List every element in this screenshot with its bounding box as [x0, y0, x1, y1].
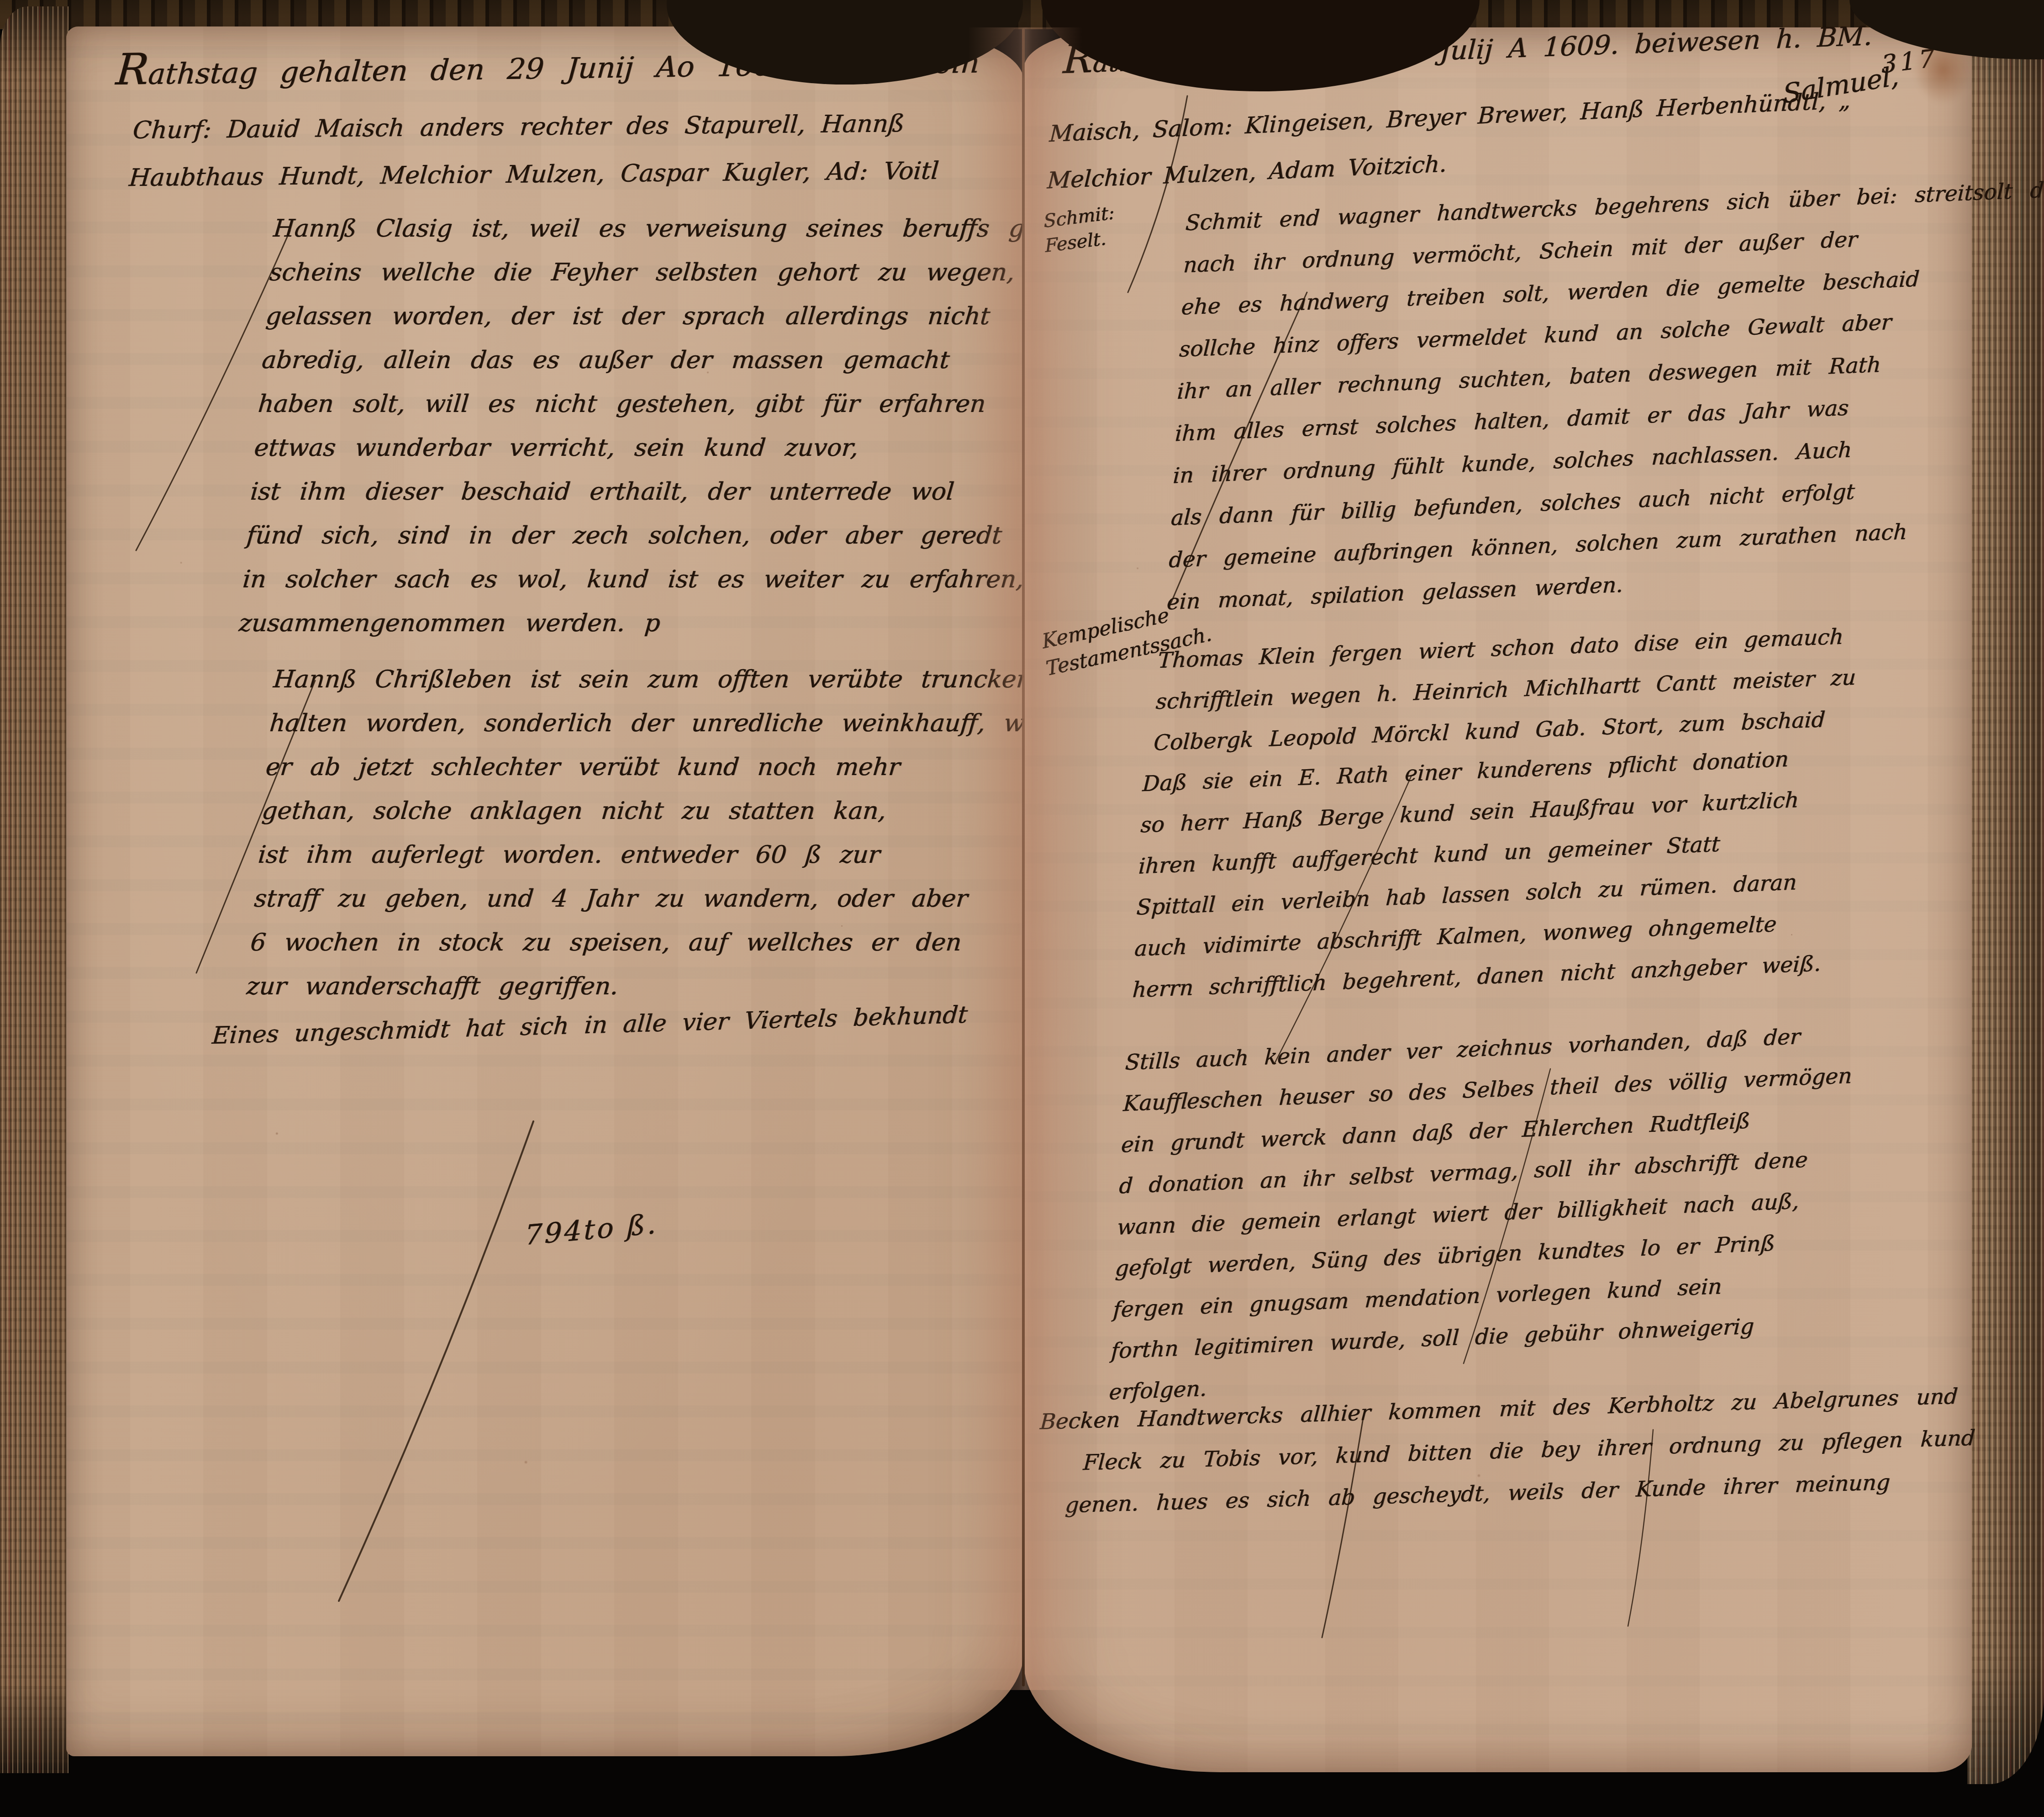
manuscript-line: scheins wellche die Feyher selbsten geho… — [268, 251, 1104, 295]
manuscript-line: haben solt, will es nicht gestehen, gibt… — [256, 382, 1092, 426]
manuscript-line: in solcher sach es wol, kund ist es weit… — [241, 558, 1077, 602]
left-heading-attendees: Churf: Dauid Maisch anders rechter des S… — [127, 100, 944, 202]
manuscript-line: Haubthaus Hundt, Melchior Mulzen, Caspar… — [127, 148, 941, 202]
right-paragraph-5: Becken Handtwercks allhier kommen mit de… — [1064, 1375, 1979, 1526]
manuscript-line: Churf: Dauid Maisch anders rechter des S… — [131, 100, 944, 155]
left-heading-line-1: Rathstag gehalten den 29 Junij Ao 1609. … — [115, 41, 981, 91]
manuscript-line: abredig, allein das es außer der massen … — [260, 338, 1096, 382]
manuscript-line: ettwas wunderbar verricht, sein kund zuv… — [253, 426, 1089, 470]
manuscript-line: ist ihm dieser beschaid erthailt, der un… — [248, 470, 1085, 514]
right-page: 317 Rathstag gehalten den 6 Julij A 1609… — [1024, 27, 1972, 1772]
manuscript-line: zusammengenommen werden. p — [237, 602, 1073, 645]
manuscript-line: fünd sich, sind in der zech solchen, ode… — [245, 514, 1081, 558]
right-paragraph-3: Daß sie ein E. Rath einer kunderens pfli… — [1132, 737, 1832, 1011]
manuscript-book-scan: Rathstag gehalten den 29 Junij Ao 1609. … — [0, 0, 2044, 1817]
right-paragraph-4: Stills auch kein ander ver zeichnus vorh… — [1108, 1014, 1855, 1413]
manuscript-line: Hannß Clasig ist, weil es verweisung sei… — [272, 207, 1108, 251]
book-fore-edge-left — [0, 6, 68, 1773]
margin-note-schmit: Schmit:Feselt. — [1043, 201, 1116, 259]
docket-mark: 794to ß. — [525, 1208, 659, 1252]
manuscript-line: gelassen worden, der ist der sprach alle… — [264, 295, 1100, 338]
left-page: Rathstag gehalten den 29 Junij Ao 1609. … — [66, 26, 1024, 1756]
right-paragraph-1: Schmit end wagner handtwercks begehrens … — [1107, 168, 2044, 626]
gutter-seam — [1022, 28, 1025, 1686]
left-paragraph-1: Hannß Clasig ist, weil es verweisung sei… — [237, 207, 1108, 645]
